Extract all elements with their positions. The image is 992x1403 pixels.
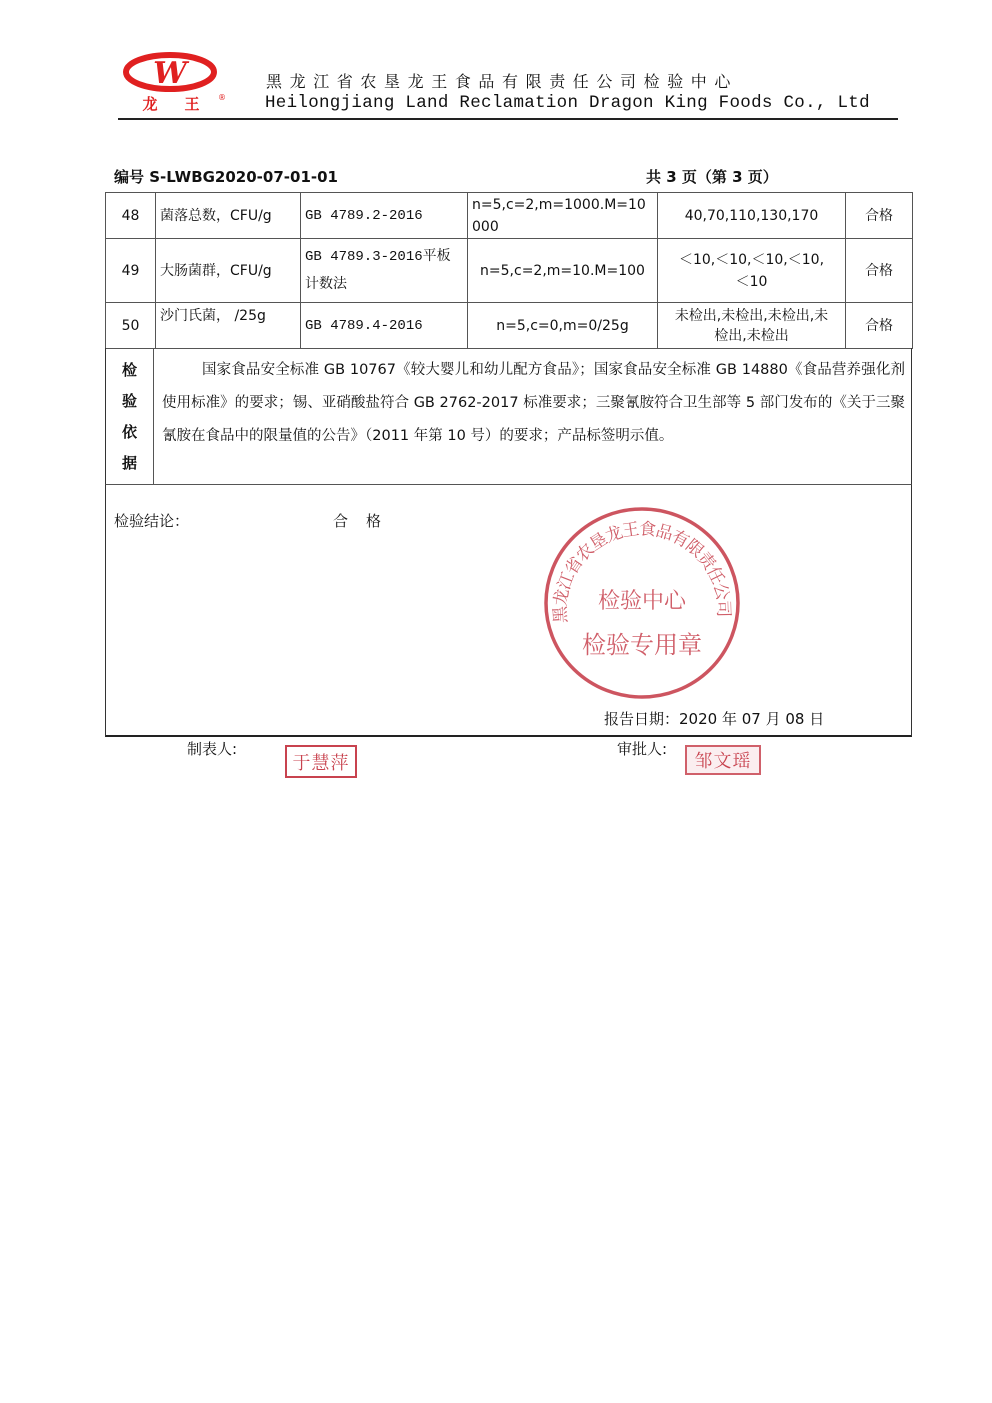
table-row: 50 沙门氏菌， /25g GB 4789.4-2016 n=5,c=0,m=0… — [106, 303, 913, 349]
report-date: 报告日期：2020 年 07 月 08 日 — [604, 708, 824, 729]
basis-text: 国家食品安全标准 GB 10767《较大婴儿和幼儿配方食品》；国家食品安全标准 … — [162, 354, 905, 453]
table-row: 49 大肠菌群，CFU/g GB 4789.3-2016平板计数法 n=5,c=… — [106, 239, 913, 303]
conclusion-label: 检验结论： — [114, 510, 189, 531]
item-verdict: 合格 — [846, 239, 913, 303]
basis-label-char: 据 — [122, 452, 137, 473]
company-logo: W 龙 王 ® — [120, 52, 230, 112]
basis-label-char: 依 — [122, 421, 137, 442]
test-items-table: 48 菌落总数，CFU/g GB 4789.2-2016 n=5,c=2,m=1… — [105, 192, 913, 349]
item-name: 大肠菌群，CFU/g — [156, 239, 301, 303]
item-result: 40,70,110,130,170 — [658, 193, 846, 239]
item-verdict: 合格 — [846, 303, 913, 349]
report-number: 编号 S-LWBG2020-07-01-01 — [114, 166, 338, 187]
svg-text:检验中心: 检验中心 — [598, 589, 687, 614]
basis-label-char: 检 — [122, 359, 137, 380]
basis-label-char: 验 — [122, 390, 137, 411]
conclusion-value: 合格 — [333, 510, 399, 531]
item-method: GB 4789.3-2016平板计数法 — [301, 239, 468, 303]
item-name: 菌落总数，CFU/g — [156, 193, 301, 239]
header-divider — [118, 118, 898, 120]
inspection-seal: 黑龙江省农垦龙王食品有限责任公司 检验中心 检验专用章 — [538, 503, 746, 703]
inspection-basis-section: 检 验 依 据 国家食品安全标准 GB 10767《较大婴儿和幼儿配方食品》；国… — [105, 348, 912, 485]
item-no: 49 — [106, 239, 156, 303]
company-name-en: Heilongjiang Land Reclamation Dragon Kin… — [265, 93, 870, 113]
item-method: GB 4789.2-2016 — [301, 193, 468, 239]
approver-signature-stamp: 邹文瑶 — [685, 745, 761, 775]
svg-text:检验专用章: 检验专用章 — [582, 631, 702, 659]
item-result: 未检出,未检出,未检出,未检出,未检出 — [658, 303, 846, 349]
company-name-cn: 黑龙江省农垦龙王食品有限责任公司检验中心 — [266, 69, 738, 92]
basis-label: 检 验 依 据 — [106, 348, 154, 484]
svg-text:W: W — [153, 56, 190, 91]
item-method: GB 4789.4-2016 — [301, 303, 468, 349]
item-verdict: 合格 — [846, 193, 913, 239]
svg-text:®: ® — [218, 93, 226, 102]
conclusion-section: 检验结论： 合格 黑龙江省农垦龙王食品有限责任公司 检验中心 检验专用章 报告日… — [105, 484, 912, 737]
dragon-king-w-logo-icon: W 龙 王 ® — [120, 52, 230, 112]
maker-signature-stamp: 于慧萍 — [285, 745, 357, 778]
svg-text:龙: 龙 — [142, 95, 157, 112]
item-standard: n=5,c=0,m=0/25g — [468, 303, 658, 349]
item-no: 48 — [106, 193, 156, 239]
page-indicator: 共 3 页（第 3 页） — [646, 166, 778, 187]
item-standard: n=5,c=2,m=10.M=100 — [468, 239, 658, 303]
item-standard: n=5,c=2,m=1000.M=10000 — [468, 193, 658, 239]
svg-text:王: 王 — [184, 95, 199, 112]
approver-label: 审批人: — [617, 738, 667, 759]
maker-label: 制表人: — [187, 738, 237, 759]
item-no: 50 — [106, 303, 156, 349]
official-seal-icon: 黑龙江省农垦龙王食品有限责任公司 检验中心 检验专用章 — [538, 503, 746, 703]
table-row: 48 菌落总数，CFU/g GB 4789.2-2016 n=5,c=2,m=1… — [106, 193, 913, 239]
item-name: 沙门氏菌， /25g — [156, 303, 301, 349]
item-result: ＜10,＜10,＜10,＜10,＜10 — [658, 239, 846, 303]
